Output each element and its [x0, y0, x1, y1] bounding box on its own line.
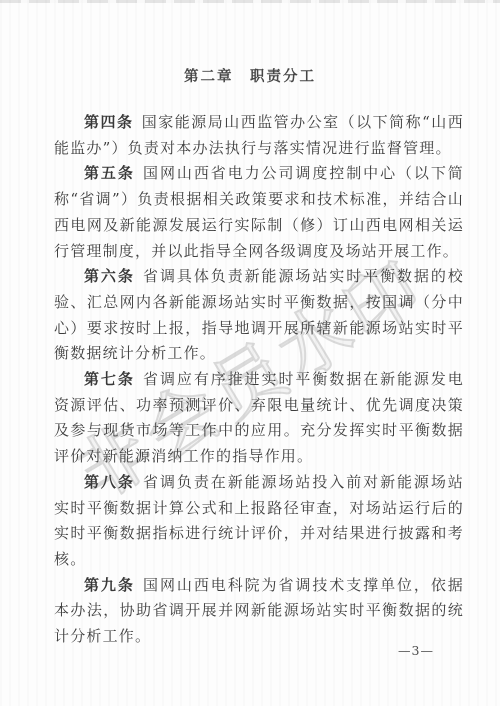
article-paragraph: 第四条国家能源局山西监管办公室（以下简称“山西能监办”）负责对本办法执行与落实情…: [54, 110, 464, 161]
article-paragraph: 第六条省调具体负责新能源场站实时平衡数据的校验、汇总网内各新能源场站实时平衡数据…: [54, 264, 464, 367]
article-paragraph: 第八条省调负责在新能源场站投入前对新能源场站实时平衡数据计算公式和上报路径审查，…: [54, 470, 464, 573]
article-paragraph: 第九条国网山西电科院为省调技术支撑单位，依据本办法，协助省调开展并网新能源场站实…: [54, 573, 464, 650]
chapter-title: 第二章 职责分工: [0, 65, 500, 86]
article-number-label: 第九条: [84, 576, 135, 594]
article-paragraph: 第五条国网山西省电力公司调度控制中心（以下简称“省调”）负责根据相关政策要求和技…: [54, 161, 464, 264]
document-body: 第四条国家能源局山西监管办公室（以下简称“山西能监办”）负责对本办法执行与落实情…: [54, 110, 464, 650]
document-page: 非会员水印 第二章 职责分工 第四条国家能源局山西监管办公室（以下简称“山西能监…: [0, 0, 500, 706]
article-paragraph: 第七条省调应有序推进实时平衡数据在新能源发电资源评估、功率预测评价、弃限电量统计…: [54, 367, 464, 470]
article-number-label: 第五条: [84, 164, 135, 182]
article-number-label: 第四条: [84, 113, 133, 131]
article-number-label: 第八条: [84, 473, 135, 491]
scan-top-edge-artifact: [0, 0, 500, 3]
article-number-label: 第六条: [84, 267, 135, 285]
page-number: —3—: [398, 643, 434, 658]
article-number-label: 第七条: [84, 370, 135, 388]
